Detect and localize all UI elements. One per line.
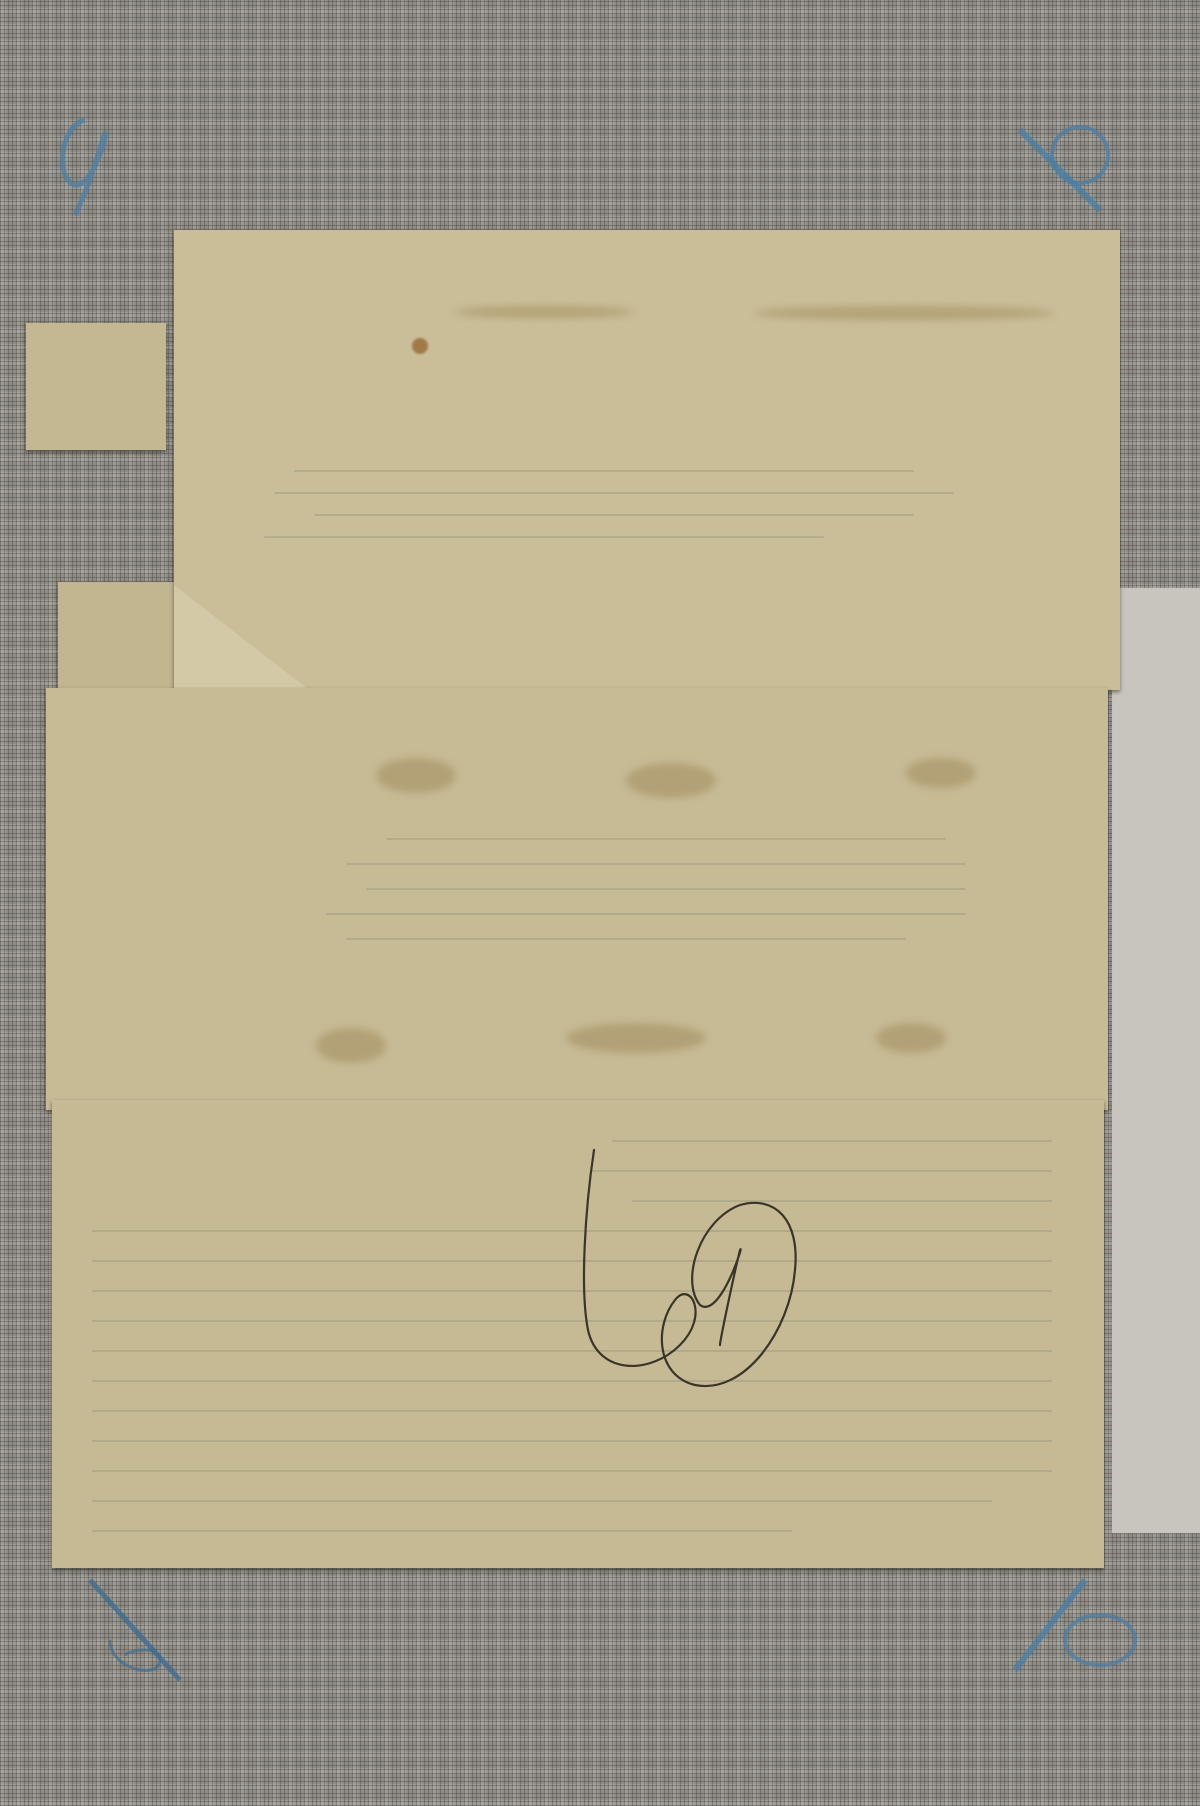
water-stain bbox=[906, 758, 976, 788]
corner-mark-top-right bbox=[1010, 110, 1140, 220]
corner-mark-bottom-left bbox=[70, 1570, 190, 1690]
document-description: Folded aged paper letter (reverse side) … bbox=[0, 0, 1, 1]
water-stain bbox=[876, 1023, 946, 1053]
upper-sheet bbox=[174, 230, 1120, 690]
corner-mark-top-left bbox=[45, 105, 135, 225]
lower-left-strip bbox=[58, 582, 188, 702]
water-stain bbox=[316, 1028, 386, 1063]
crease-stain bbox=[454, 306, 634, 318]
water-stain bbox=[626, 763, 716, 798]
backing-sheet bbox=[1112, 588, 1200, 1533]
water-stain bbox=[566, 1023, 706, 1053]
pencil-monogram bbox=[560, 1130, 820, 1390]
spot-stain bbox=[412, 338, 428, 354]
paper-tab bbox=[26, 323, 166, 450]
middle-sheet bbox=[46, 688, 1108, 1110]
document-title: Archival manuscript photograph bbox=[0, 0, 1, 1]
folded-corner bbox=[174, 585, 309, 690]
water-stain bbox=[376, 758, 456, 793]
crease-stain bbox=[754, 306, 1054, 320]
pencil-annotation-label: Cursive monogram in graphite bbox=[0, 0, 1, 1]
corner-mark-bottom-right bbox=[1005, 1570, 1145, 1680]
